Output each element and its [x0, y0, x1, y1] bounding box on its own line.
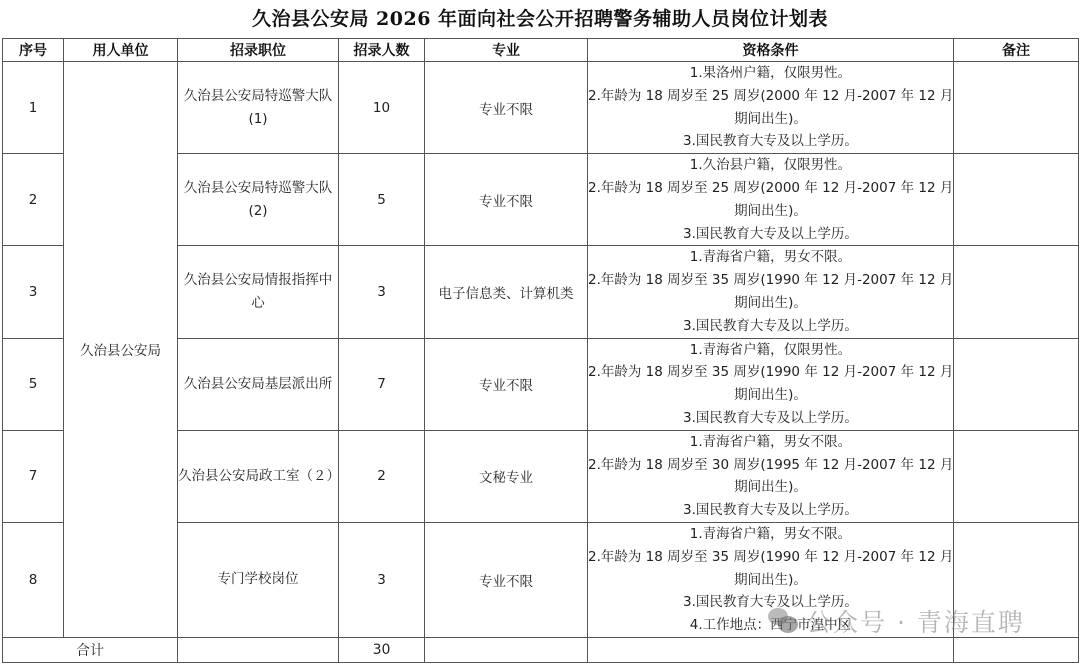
cell-no: 5 [3, 338, 64, 430]
requirement-line: 2.年龄为 18 周岁至 35 周岁(1990 年 12 月-2007 年 12… [588, 269, 953, 292]
header-major: 专业 [425, 39, 588, 62]
requirement-line: 1.青海省户籍，男女不限。 [588, 523, 953, 546]
page-title: 久治县公安局 2026 年面向社会公开招聘警务辅助人员岗位计划表 [0, 4, 1080, 34]
cell-requirements: 1.青海省户籍，仅限男性。 2.年龄为 18 周岁至 35 周岁(1990 年 … [588, 338, 954, 430]
total-count: 30 [339, 637, 425, 662]
header-count: 招录人数 [339, 39, 425, 62]
requirement-line: 2.年龄为 18 周岁至 35 周岁(1990 年 12 月-2007 年 12… [588, 361, 953, 384]
cell-requirements: 1.青海省户籍，男女不限。 2.年龄为 18 周岁至 30 周岁(1995 年 … [588, 430, 954, 522]
header-employer: 用人单位 [64, 39, 178, 62]
cell-major: 专业不限 [425, 62, 588, 154]
cell-note [954, 430, 1079, 522]
cell-count: 5 [339, 154, 425, 246]
total-row: 合计 30 [3, 637, 1079, 662]
cell-requirements: 1.青海省户籍，男女不限。 2.年龄为 18 周岁至 35 周岁(1990 年 … [588, 522, 954, 637]
requirement-line: 3.国民教育大专及以上学历。 [588, 591, 953, 614]
header-note: 备注 [954, 39, 1079, 62]
requirement-line: 期间出生)。 [588, 292, 953, 315]
cell-requirements: 1.久治县户籍，仅限男性。 2.年龄为 18 周岁至 25 周岁(2000 年 … [588, 154, 954, 246]
requirement-line: 2.年龄为 18 周岁至 30 周岁(1995 年 12 月-2007 年 12… [588, 454, 953, 477]
total-empty-cell [954, 637, 1079, 662]
requirement-line: 期间出生)。 [588, 108, 953, 131]
cell-position: 久治县公安局政工室（２） [178, 430, 339, 522]
cell-major: 专业不限 [425, 154, 588, 246]
requirement-line: 1.青海省户籍，男女不限。 [588, 431, 953, 454]
cell-note [954, 246, 1079, 338]
table-header-row: 序号 用人单位 招录职位 招录人数 专业 资格条件 备注 [3, 39, 1079, 62]
cell-position: 久治县公安局情报指挥中心 [178, 246, 339, 338]
requirement-line: 期间出生)。 [588, 476, 953, 499]
cell-no: 3 [3, 246, 64, 338]
cell-requirements: 1.果洛州户籍，仅限男性。 2.年龄为 18 周岁至 25 周岁(2000 年 … [588, 62, 954, 154]
cell-major: 专业不限 [425, 522, 588, 637]
requirement-line: 2.年龄为 18 周岁至 25 周岁(2000 年 12 月-2007 年 12… [588, 177, 953, 200]
requirement-line: 1.青海省户籍，男女不限。 [588, 246, 953, 269]
requirement-line: 3.国民教育大专及以上学历。 [588, 407, 953, 430]
cell-count: 2 [339, 430, 425, 522]
cell-count: 3 [339, 246, 425, 338]
cell-no: 7 [3, 430, 64, 522]
requirement-line: 1.久治县户籍，仅限男性。 [588, 154, 953, 177]
requirement-line: 3.国民教育大专及以上学历。 [588, 499, 953, 522]
table-row: 1 久治县公安局 久治县公安局特巡警大队(1) 10 专业不限 1.果洛州户籍，… [3, 62, 1079, 154]
requirement-line: 2.年龄为 18 周岁至 35 周岁(1990 年 12 月-2007 年 12… [588, 546, 953, 569]
cell-position: 久治县公安局特巡警大队(2) [178, 154, 339, 246]
requirement-line: 1.青海省户籍，仅限男性。 [588, 339, 953, 362]
cell-no: 8 [3, 522, 64, 637]
cell-position: 久治县公安局基层派出所 [178, 338, 339, 430]
cell-position: 专门学校岗位 [178, 522, 339, 637]
header-position: 招录职位 [178, 39, 339, 62]
requirement-line: 1.果洛州户籍，仅限男性。 [588, 62, 953, 85]
header-requirements: 资格条件 [588, 39, 954, 62]
requirement-line: 3.国民教育大专及以上学历。 [588, 223, 953, 246]
cell-note [954, 338, 1079, 430]
requirement-line: 3.国民教育大专及以上学历。 [588, 130, 953, 153]
cell-position: 久治县公安局特巡警大队(1) [178, 62, 339, 154]
total-label: 合计 [3, 637, 178, 662]
cell-count: 3 [339, 522, 425, 637]
cell-note [954, 154, 1079, 246]
cell-note [954, 62, 1079, 154]
cell-major: 专业不限 [425, 338, 588, 430]
total-empty-cell [588, 637, 954, 662]
total-empty-cell [178, 637, 339, 662]
cell-employer: 久治县公安局 [64, 62, 178, 638]
requirement-line: 4.工作地点：西宁市湟中区 [588, 614, 953, 637]
cell-major: 文秘专业 [425, 430, 588, 522]
total-empty-cell [425, 637, 588, 662]
header-no: 序号 [3, 39, 64, 62]
requirement-line: 期间出生)。 [588, 384, 953, 407]
recruitment-plan-table: 序号 用人单位 招录职位 招录人数 专业 资格条件 备注 1 久治县公安局 久治… [2, 38, 1079, 663]
cell-note [954, 522, 1079, 637]
cell-count: 7 [339, 338, 425, 430]
cell-no: 2 [3, 154, 64, 246]
requirement-line: 3.国民教育大专及以上学历。 [588, 315, 953, 338]
requirement-line: 期间出生)。 [588, 200, 953, 223]
cell-count: 10 [339, 62, 425, 154]
cell-no: 1 [3, 62, 64, 154]
requirement-line: 期间出生)。 [588, 569, 953, 592]
requirement-line: 2.年龄为 18 周岁至 25 周岁(2000 年 12 月-2007 年 12… [588, 85, 953, 108]
cell-major: 电子信息类、计算机类 [425, 246, 588, 338]
cell-requirements: 1.青海省户籍，男女不限。 2.年龄为 18 周岁至 35 周岁(1990 年 … [588, 246, 954, 338]
